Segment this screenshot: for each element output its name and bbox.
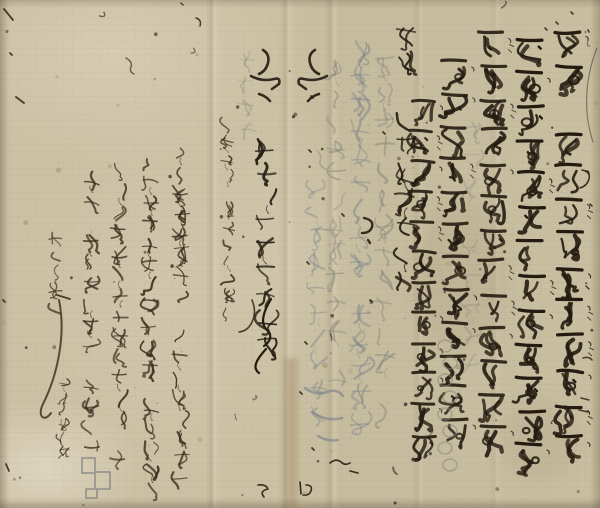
letter-text-block: [76, 138, 198, 494]
siddham-text-block: [410, 15, 598, 495]
small-date-inscription: [52, 372, 72, 468]
memo-inscription: [214, 112, 242, 337]
title-inscription: [392, 18, 422, 310]
bleedthrough-text: [312, 40, 390, 450]
collector-stamp: [78, 454, 114, 502]
date-inscription: [248, 134, 284, 374]
manuscript-photo: [0, 0, 600, 508]
